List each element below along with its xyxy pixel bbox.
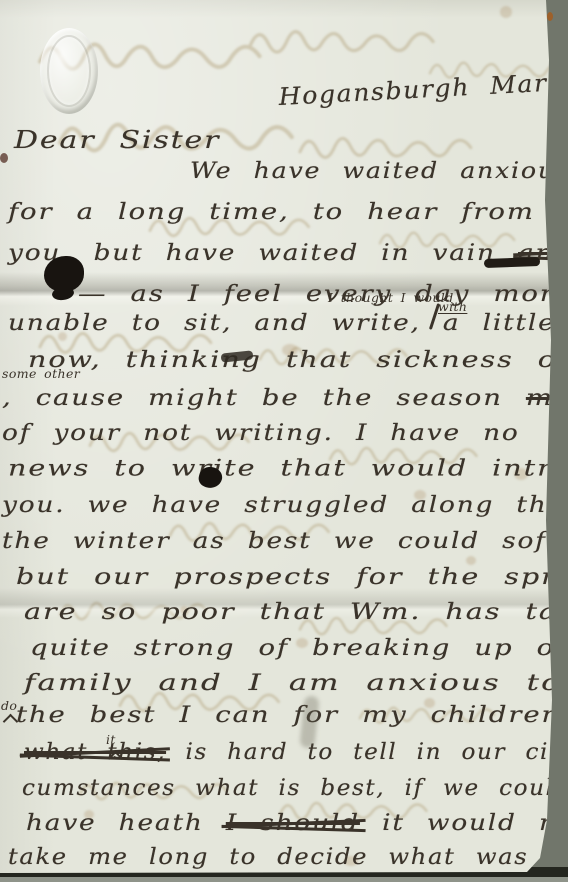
interlinear-insert: it (106, 733, 116, 747)
struck-words: what this, (24, 741, 166, 765)
dateline: Hogansburgh March 8 (278, 66, 568, 110)
struck-word: might (526, 386, 568, 411)
ink-smear (484, 257, 540, 268)
letter-line: cumstances what is best, if we could (22, 777, 568, 801)
letter-line: We have waited anxiously (190, 160, 568, 184)
scanned-letter-page: Hogansburgh March 8 Dear Sister We have … (0, 0, 568, 882)
letter-line: unable to sit, and write, a little (8, 312, 556, 336)
embossed-seal (40, 28, 98, 114)
letter-line: — as I feel every day more (78, 283, 568, 307)
line-text: is hard to tell in our cir- (166, 740, 568, 765)
letter-line: family and I am anxious to (24, 672, 562, 696)
struck-words: I should (226, 812, 360, 836)
letter-line: you. we have struggled along threw (2, 494, 568, 518)
line-text: news to write that would intres (8, 456, 568, 481)
letter-line: but our prospects for the spring (16, 566, 568, 590)
line-text: , cause might be the season (2, 386, 526, 411)
line-text: it would not (360, 811, 568, 836)
letter-line: of your not writing. I have no (2, 422, 520, 446)
letter-line: quite strong of breaking up our (30, 637, 568, 661)
letter-paper: Hogansburgh March 8 Dear Sister We have … (0, 0, 552, 873)
letter-line: take me long to decide what was best (8, 846, 568, 870)
salutation: Dear Sister (14, 127, 220, 153)
interlinear-insert: some other (2, 367, 80, 381)
ink-speck (0, 153, 8, 163)
letter-line: , cause might be the season might (2, 387, 568, 411)
letter-line: are so poor that Wm. has talked (24, 601, 568, 625)
line-text: have heath (26, 811, 226, 836)
letter-line: have heath I should it would not (26, 812, 568, 836)
paper-stain (466, 556, 476, 565)
letter-line: news to write that would intrest (8, 457, 568, 482)
scan-bed (0, 877, 568, 882)
letter-line: the best I can for my children (16, 704, 561, 728)
letter-line: now, thinking that sickness or (28, 349, 568, 373)
edge-speck (547, 12, 553, 21)
line-text: you, but have waited in vain (8, 241, 518, 266)
interlinear-insert: I thought I would (328, 291, 454, 305)
paper-stain (500, 6, 512, 18)
letter-line: for a long time, to hear from (8, 201, 535, 225)
interlinear-insert: with (438, 300, 467, 314)
letter-line: the winter as best we could sofar (2, 530, 568, 554)
interlinear-insert: do (1, 699, 17, 713)
